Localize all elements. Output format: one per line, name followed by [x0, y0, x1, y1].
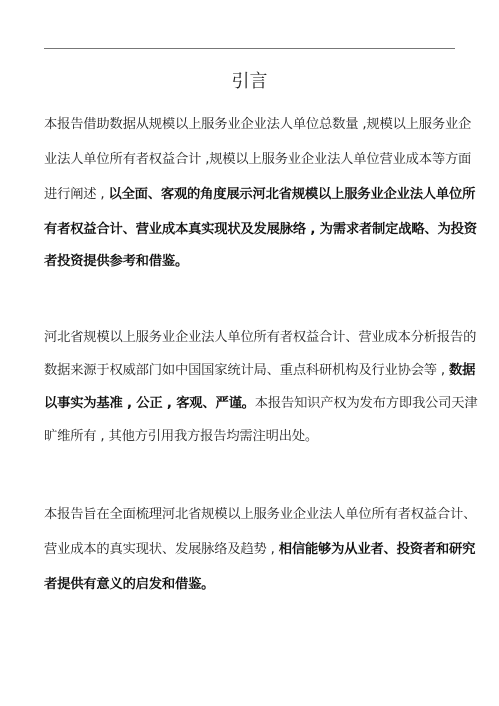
text-line: 者提供有意义的启发和借鉴。 — [44, 576, 484, 594]
text-line: 本报告借助数据从规模以上服务业企业法人单位总数量 ,规模以上服务业企 — [44, 116, 484, 134]
page-title: 引言 — [0, 71, 499, 93]
text-line: 业法人单位所有者权益合计 ,规模以上服务业企业法人单位营业成本等方面 — [44, 151, 484, 169]
text-line: 以事实为基准 , 公正 , 客观、严谨。本报告知识产权为发布方即我公司天津 — [44, 395, 484, 413]
text-line: 者投资提供参考和借鉴。 — [44, 253, 484, 271]
text-line: 河北省规模以上服务业企业法人单位所有者权益合计、营业成本分析报告的 — [44, 329, 484, 347]
header-divider — [44, 48, 455, 49]
text-line: 进行阐述 , 以全面、客观的角度展示河北省规模以上服务业企业法人单位所 — [44, 186, 484, 204]
text-line: 数据来源于权威部门如中国国家统计局、重点科研机构及行业协会等 , 数据 — [44, 362, 484, 380]
text-line: 本报告旨在全面梳理河北省规模以上服务业企业法人单位所有者权益合计、 — [44, 506, 484, 524]
bold-text: 以全面、客观的角度展示河北省规模以上服务业企业法人单位所 — [108, 187, 475, 202]
text-line: 营业成本的真实现状、发展脉络及趋势 , 相信能够为从业者、投资者和研究 — [44, 541, 484, 559]
bold-text: 相信能够为从业者、投资者和研究 — [279, 542, 475, 557]
bold-text: 以事实为基准 , 公正 , 客观、严谨。 — [44, 396, 255, 411]
text-line: 旷维所有 , 其他方引用我方报告均需注明出处。 — [44, 428, 484, 446]
bold-text: 数据 — [449, 363, 475, 378]
text-line: 有者权益合计、营业成本真实现状及发展脉络 , 为需求者制定战略、为投资 — [44, 221, 484, 239]
